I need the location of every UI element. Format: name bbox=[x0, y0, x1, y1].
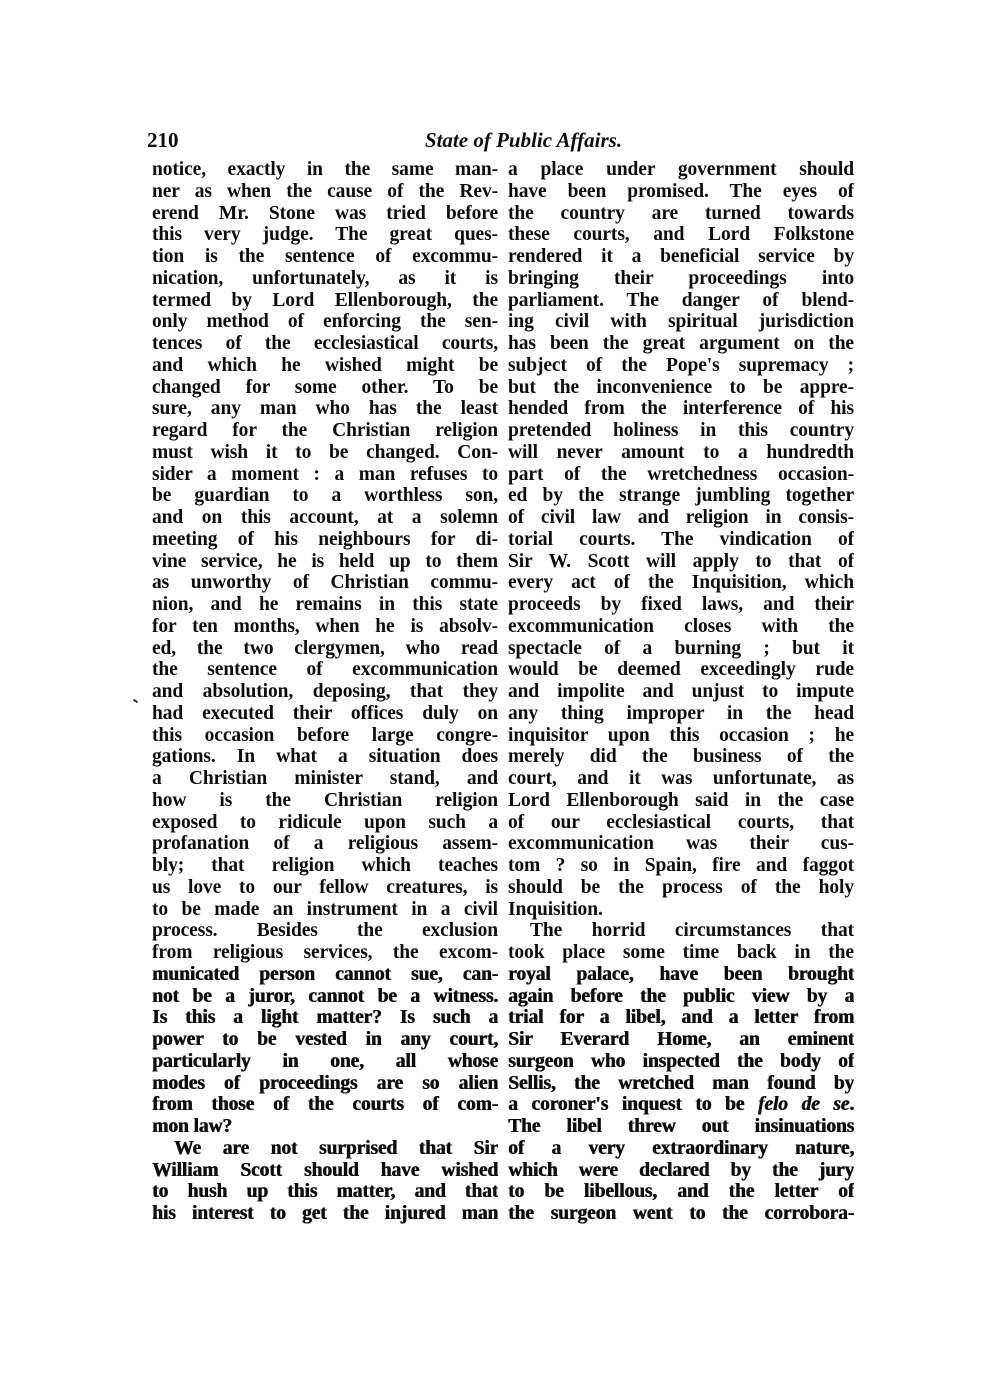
text-line: the sentence of excommunication bbox=[152, 659, 498, 681]
text-line: subject of the Pope's supremacy ; bbox=[508, 355, 854, 377]
text-line: power to be vested in any court, bbox=[152, 1029, 498, 1051]
text-line: vine service, he is held up to them bbox=[152, 551, 498, 573]
text-line: excommunication was their cus- bbox=[508, 833, 854, 855]
text-line: ed by the strange jumbling together bbox=[508, 485, 854, 507]
text-line: be guardian to a worthless son, bbox=[152, 485, 498, 507]
text-line: mon law? bbox=[152, 1116, 498, 1138]
text-line: not be a juror, cannot be a witness. bbox=[152, 986, 498, 1008]
text-line: notice, exactly in the same man- bbox=[152, 159, 498, 181]
text-line: changed for some other. To be bbox=[152, 377, 498, 399]
text-line: his interest to get the injured man bbox=[152, 1203, 498, 1225]
text-line: rendered it a beneficial service by bbox=[508, 246, 854, 268]
text-line: had executed their offices duly on bbox=[152, 703, 498, 725]
text-line: for ten months, when he is absolv- bbox=[152, 616, 498, 638]
text-line: bly; that religion which teaches bbox=[152, 855, 498, 877]
text-line: Inquisition. bbox=[508, 899, 854, 921]
text-line: of a very extraordinary nature, bbox=[508, 1138, 854, 1160]
text-line: any thing improper in the head bbox=[508, 703, 854, 725]
text-line: and impolite and unjust to impute bbox=[508, 681, 854, 703]
text-line: must wish it to be changed. Con- bbox=[152, 442, 498, 464]
text-line: Lord Ellenborough said in the case bbox=[508, 790, 854, 812]
text-line: the country are turned towards bbox=[508, 203, 854, 225]
text-line: court, and it was unfortunate, as bbox=[508, 768, 854, 790]
text-line: again before the public view by a bbox=[508, 986, 854, 1008]
text-line: will never amount to a hundredth bbox=[508, 442, 854, 464]
text-line: of our ecclesiastical courts, that bbox=[508, 812, 854, 834]
text-line: royal palace, have been brought bbox=[508, 964, 854, 986]
text-line: profanation of a religious assem- bbox=[152, 833, 498, 855]
text-line: ed, the two clergymen, who read bbox=[152, 638, 498, 660]
text-line: excommunication closes with the bbox=[508, 616, 854, 638]
text-line: particularly in one, all whose bbox=[152, 1051, 498, 1073]
text-line: tom ? so in Spain, fire and faggot bbox=[508, 855, 854, 877]
text-line: meeting of his neighbours for di- bbox=[152, 529, 498, 551]
text-line: every act of the Inquisition, which bbox=[508, 572, 854, 594]
text-line: and which he wished might be bbox=[152, 355, 498, 377]
text-line: ner as when the cause of the Rev- bbox=[152, 181, 498, 203]
text-line: merely did the business of the bbox=[508, 746, 854, 768]
text-line: this occasion before large congre- bbox=[152, 725, 498, 747]
text-line: should be the process of the holy bbox=[508, 877, 854, 899]
text-line: from those of the courts of com- bbox=[152, 1094, 498, 1116]
text-line: sure, any man who has the least bbox=[152, 398, 498, 420]
text-line: these courts, and Lord Folkstone bbox=[508, 224, 854, 246]
text-line: pretended holiness in this country bbox=[508, 420, 854, 442]
text-line: of civil law and religion in consis- bbox=[508, 507, 854, 529]
text-line: how is the Christian religion bbox=[152, 790, 498, 812]
text-line: but the inconvenience to be appre- bbox=[508, 377, 854, 399]
text-line: took place some time back in the bbox=[508, 942, 854, 964]
text-line: part of the wretchedness occasion- bbox=[508, 464, 854, 486]
text-line: erend Mr. Stone was tried before bbox=[152, 203, 498, 225]
text-line: only method of enforcing the sen- bbox=[152, 311, 498, 333]
text-line: to be libellous, and the letter of bbox=[508, 1181, 854, 1203]
text-line: has been the great argument on the bbox=[508, 333, 854, 355]
text-line: ing civil with spiritual jurisdiction bbox=[508, 311, 854, 333]
text-line: nion, and he remains in this state bbox=[152, 594, 498, 616]
left-column: notice, exactly in the same man-ner as w… bbox=[152, 159, 498, 1225]
text-line: have been promised. The eyes of bbox=[508, 181, 854, 203]
text-line: The libel threw out insinuations bbox=[508, 1116, 854, 1138]
text-line: tences of the ecclesiastical courts, bbox=[152, 333, 498, 355]
text-line: to hush up this matter, and that bbox=[152, 1181, 498, 1203]
text-line: a place under government should bbox=[508, 159, 854, 181]
text-line: The horrid circumstances that bbox=[508, 920, 854, 942]
text-line: modes of proceedings are so alien bbox=[152, 1073, 498, 1095]
scanned-page: 210 State of Public Affairs. notice, exa… bbox=[0, 0, 1003, 1388]
text-line: municated person cannot sue, can- bbox=[152, 964, 498, 986]
text-line: us love to our fellow creatures, is bbox=[152, 877, 498, 899]
text-line: which were declared by the jury bbox=[508, 1160, 854, 1182]
text-line: a coroner's inquest to be felo de se. bbox=[508, 1094, 854, 1116]
text-line: surgeon who inspected the body of bbox=[508, 1051, 854, 1073]
text-line: Is this a light matter? Is such a bbox=[152, 1007, 498, 1029]
text-line: Sellis, the wretched man found by bbox=[508, 1073, 854, 1095]
text-line: as unworthy of Christian commu- bbox=[152, 572, 498, 594]
text-line: We are not surprised that Sir bbox=[152, 1138, 498, 1160]
text-line: the surgeon went to the corrobora- bbox=[508, 1203, 854, 1225]
text-line: from religious services, the excom- bbox=[152, 942, 498, 964]
text-line: hended from the interference of his bbox=[508, 398, 854, 420]
text-line: gations. In what a situation does bbox=[152, 746, 498, 768]
text-line: to be made an instrument in a civil bbox=[152, 899, 498, 921]
text-line: process. Besides the exclusion bbox=[152, 920, 498, 942]
text-line: trial for a libel, and a letter from bbox=[508, 1007, 854, 1029]
text-line: and on this account, at a solemn bbox=[152, 507, 498, 529]
text-line: torial courts. The vindication of bbox=[508, 529, 854, 551]
text-line: proceeds by fixed laws, and their bbox=[508, 594, 854, 616]
text-line: spectacle of a burning ; but it bbox=[508, 638, 854, 660]
text-line: this very judge. The great ques- bbox=[152, 224, 498, 246]
text-line: exposed to ridicule upon such a bbox=[152, 812, 498, 834]
text-line: parliament. The danger of blend- bbox=[508, 290, 854, 312]
text-line: would be deemed exceedingly rude bbox=[508, 659, 854, 681]
text-line: tion is the sentence of excommu- bbox=[152, 246, 498, 268]
running-head: 210 State of Public Affairs. bbox=[147, 128, 860, 152]
running-title: State of Public Affairs. bbox=[147, 128, 860, 153]
text-line: sider a moment : a man refuses to bbox=[152, 464, 498, 486]
text-line: Sir Everard Home, an eminent bbox=[508, 1029, 854, 1051]
text-line: William Scott should have wished bbox=[152, 1160, 498, 1182]
margin-mark bbox=[133, 699, 138, 704]
text-line: inquisitor upon this occasion ; he bbox=[508, 725, 854, 747]
text-line: nication, unfortunately, as it is bbox=[152, 268, 498, 290]
text-line: a Christian minister stand, and bbox=[152, 768, 498, 790]
text-line: and absolution, deposing, that they bbox=[152, 681, 498, 703]
text-line: termed by Lord Ellenborough, the bbox=[152, 290, 498, 312]
text-line: regard for the Christian religion bbox=[152, 420, 498, 442]
text-line: bringing their proceedings into bbox=[508, 268, 854, 290]
right-column: a place under government shouldhave been… bbox=[508, 159, 854, 1225]
text-line: Sir W. Scott will apply to that of bbox=[508, 551, 854, 573]
